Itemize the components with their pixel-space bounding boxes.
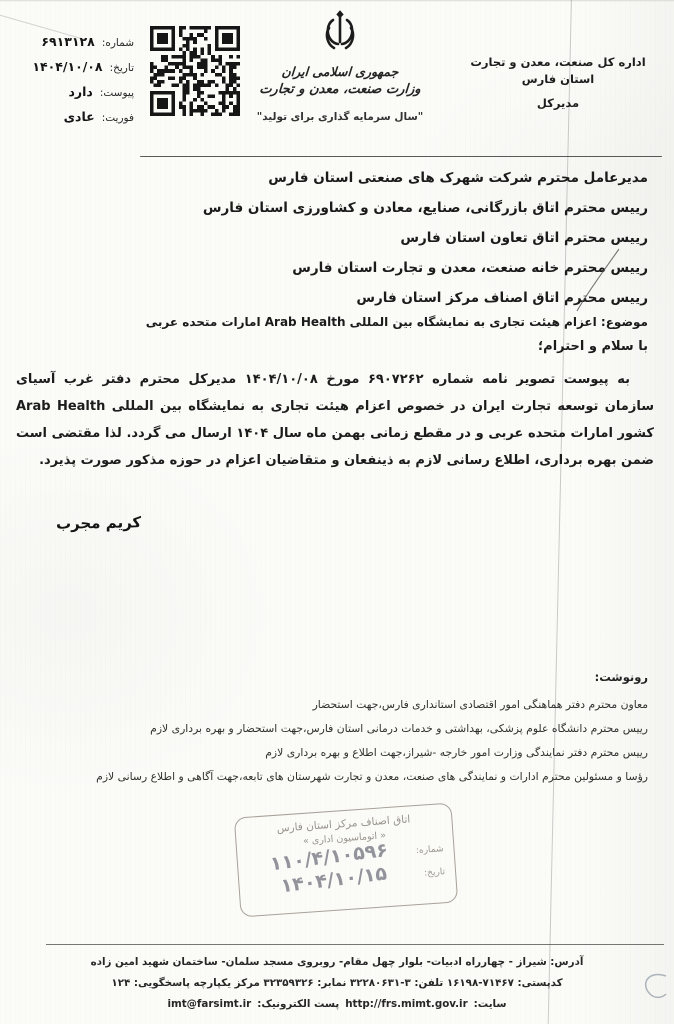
date-label: تاریخ:: [110, 62, 134, 74]
number-value: ۶۹۱۳۱۲۸: [41, 34, 94, 49]
pen-mark: [638, 968, 670, 1004]
footer-web-row: سایت: http://frs.mimt.gov.ir پست الکترون…: [40, 994, 634, 1015]
letter-date-row: تاریخ: ۱۴۰۴/۱۰/۰۸: [12, 59, 134, 74]
letter-body: به پیوست تصویر نامه شماره ۶۹۰۷۲۶۲ مورخ ۱…: [16, 366, 654, 474]
iran-emblem-icon: [319, 8, 361, 58]
issuing-office-role: مدیرکل: [452, 95, 664, 112]
signature-name: کریم مجرب: [56, 513, 141, 532]
issuing-office-block: اداره کل صنعت، معدن و تجارت استان فارس م…: [452, 54, 664, 112]
country-name: جمهوری اسلامی ایران: [249, 64, 430, 79]
cc-item: رییس محترم دفتر نمایندگی وزارت امور خارج…: [30, 741, 648, 765]
recipient-line: رییس محترم اتاق تعاون استان فارس: [30, 223, 648, 253]
header-separator: [140, 156, 662, 157]
recipient-line: رییس محترم اتاق بازرگانی، صنایع، معادن و…: [30, 193, 648, 223]
attachment-value: دارد: [69, 84, 93, 99]
footer-block: آدرس: شیراز - چهارراه ادبیات- بلوار چهل …: [40, 952, 634, 1015]
footer-address: آدرس: شیراز - چهارراه ادبیات- بلوار چهل …: [40, 952, 634, 973]
attachment-label: پیوست:: [100, 87, 134, 99]
footer-separator: [46, 944, 664, 945]
date-value: ۱۴۰۴/۱۰/۰۸: [32, 59, 102, 74]
scan-edge-artifact: [0, 0, 674, 2]
recipient-line: رییس محترم خانه صنعت، معدن و تجارت استان…: [30, 253, 648, 283]
urgency-row: فوریت: عادی: [12, 109, 134, 124]
subject-line: موضوع: اعزام هیئت تجاری به نمایشگاه بین …: [30, 315, 648, 329]
site-label: سایت:: [474, 994, 507, 1015]
urgency-label: فوریت:: [102, 112, 134, 124]
cc-item: معاون محترم دفتر هماهنگی امور اقتصادی اس…: [30, 693, 648, 717]
salutation: با سلام و احترام؛: [538, 339, 648, 354]
cc-section: رونوشت: معاون محترم دفتر هماهنگی امور اق…: [30, 670, 648, 789]
cc-item: رییس محترم دانشگاه علوم پزشکی، بهداشتی و…: [30, 717, 648, 741]
issuing-office-name: اداره کل صنعت، معدن و تجارت استان فارس: [452, 54, 664, 89]
site-url: http://frs.mimt.gov.ir: [345, 994, 467, 1015]
receipt-stamp: اتاق اصناف مرکز استان فارس « اتوماسیون ا…: [234, 803, 458, 918]
recipient-line: رییس محترم اتاق اصناف مرکز استان فارس: [30, 283, 648, 313]
cc-title: رونوشت:: [30, 670, 648, 684]
email-label: پست الکترونیک:: [257, 994, 339, 1015]
email-address: imt@farsimt.ir: [167, 994, 251, 1015]
cc-item: رؤسا و مسئولین محترم ادارات و نمایندگی ه…: [30, 765, 648, 789]
letterhead-center: جمهوری اسلامی ایران وزارت صنعت، معدن و ت…: [250, 8, 430, 123]
footer-contact: کدپستی: ۷۱۴۶۷-۱۶۱۹۸ تلفن: ۳-۳۲۲۸۰۶۳۱ نما…: [40, 973, 634, 994]
number-label: شماره:: [102, 37, 134, 49]
letter-number-row: شماره: ۶۹۱۳۱۲۸: [12, 34, 134, 49]
scanned-letter-page: شماره: ۶۹۱۳۱۲۸ تاریخ: ۱۴۰۴/۱۰/۰۸ پیوست: …: [0, 0, 674, 1024]
qr-code: [150, 26, 240, 116]
stamp-number-label: شماره:: [416, 844, 444, 856]
urgency-value: عادی: [64, 109, 95, 124]
year-slogan: "سال سرمایه گذاری برای تولید": [250, 111, 430, 123]
letter-meta-block: شماره: ۶۹۱۳۱۲۸ تاریخ: ۱۴۰۴/۱۰/۰۸ پیوست: …: [12, 34, 134, 134]
recipient-line: مدیرعامل محترم شرکت شهرک های صنعتی استان…: [30, 163, 648, 193]
attachment-row: پیوست: دارد: [12, 84, 134, 99]
stamp-date-label: تاریخ:: [424, 867, 446, 878]
recipients-list: مدیرعامل محترم شرکت شهرک های صنعتی استان…: [30, 163, 648, 313]
ministry-name: وزارت صنعت، معدن و تجارت: [249, 82, 430, 97]
fold-line: [547, 0, 572, 1024]
